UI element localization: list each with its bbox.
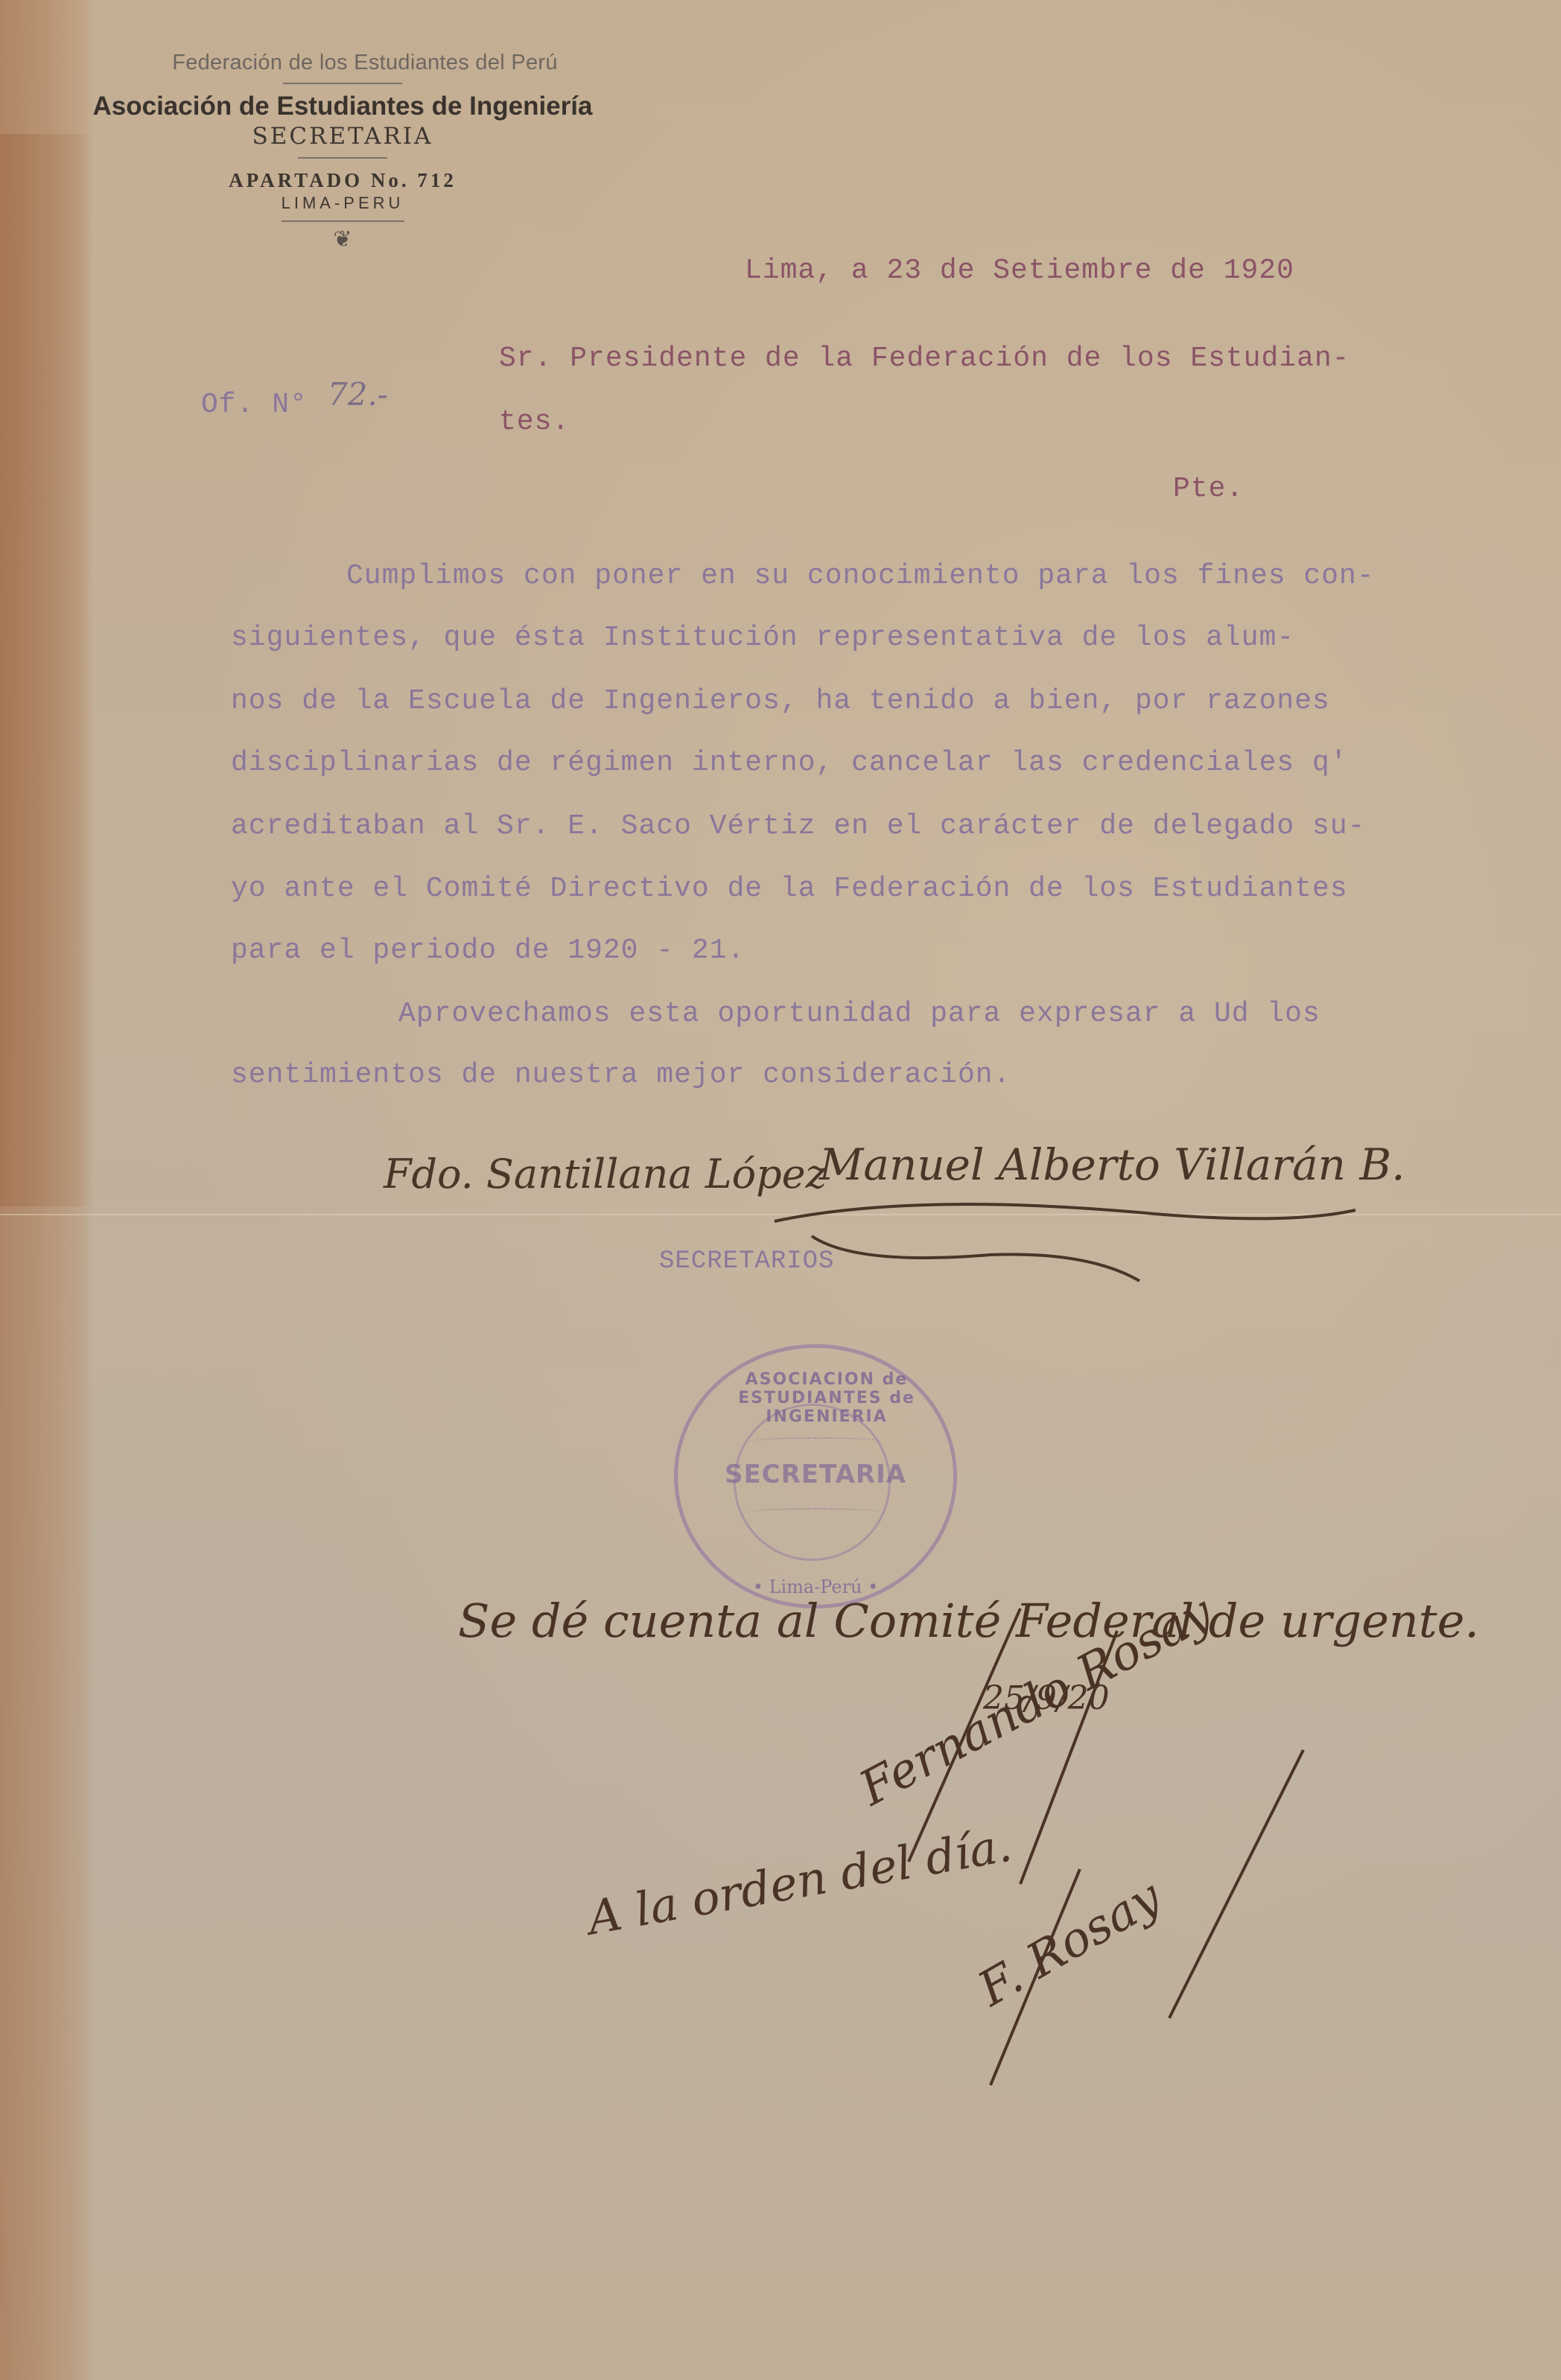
addressee-line2: tes. xyxy=(499,406,570,438)
place-date: Lima, a 23 de Setiembre de 1920 xyxy=(745,255,1294,287)
po-box: APARTADO No. 712 xyxy=(45,169,640,192)
signatures-caption: SECRETARIOS xyxy=(659,1247,834,1276)
letterhead: Federación de los Estudiantes del Perú A… xyxy=(45,45,640,252)
city: LIMA-PERU xyxy=(45,194,640,213)
addressee-line1: Sr. Presidente de la Federación de los E… xyxy=(499,343,1350,375)
addressee-location: Pte. xyxy=(1173,473,1244,505)
department-name: SECRETARIA xyxy=(45,123,640,150)
stamp-center-text: SECRETARIA xyxy=(678,1460,953,1489)
body-line: nos de la Escuela de Ingenieros, ha teni… xyxy=(231,685,1330,717)
body-line: Cumplimos con poner en su conocimiento p… xyxy=(346,560,1375,592)
divider xyxy=(282,220,404,222)
secretaria-stamp: ASOCIACION de ESTUDIANTES de INGENIERIA … xyxy=(674,1344,957,1609)
body-line: sentimientos de nuestra mejor considerac… xyxy=(231,1059,1011,1091)
signature-right: Manuel Alberto Villarán B. xyxy=(819,1139,1405,1190)
body-line: yo ante el Comité Directivo de la Federa… xyxy=(231,873,1348,905)
handwriting-strokes xyxy=(856,1601,1341,2122)
body-line: disciplinarias de régimen interno, cance… xyxy=(231,747,1348,779)
association-name: Asociación de Estudiantes de Ingeniería xyxy=(45,92,640,121)
body-line: acreditaban al Sr. E. Saco Vértiz en el … xyxy=(231,810,1365,842)
signature-flourish xyxy=(767,1184,1378,1288)
stamp-wave xyxy=(748,1437,883,1446)
signature-left: Fdo. Santillana López xyxy=(384,1151,827,1197)
body-line: siguientes, que ésta Institución represe… xyxy=(231,622,1294,654)
body-line: Aprovechamos esta oportunidad para expre… xyxy=(398,998,1320,1030)
office-number-value: 72.- xyxy=(328,376,388,413)
ornament-icon: ❦ xyxy=(45,226,640,252)
stamp-ring-text: ASOCIACION de ESTUDIANTES de INGENIERIA xyxy=(715,1370,938,1426)
body-line: para el periodo de 1920 - 21. xyxy=(231,935,745,967)
federation-name: Federación de los Estudiantes del Perú xyxy=(89,51,640,75)
office-number-label: Of. N° xyxy=(201,389,308,421)
divider xyxy=(298,157,387,159)
divider xyxy=(283,83,402,84)
stamp-wave xyxy=(748,1508,883,1517)
water-stain xyxy=(0,134,93,1206)
